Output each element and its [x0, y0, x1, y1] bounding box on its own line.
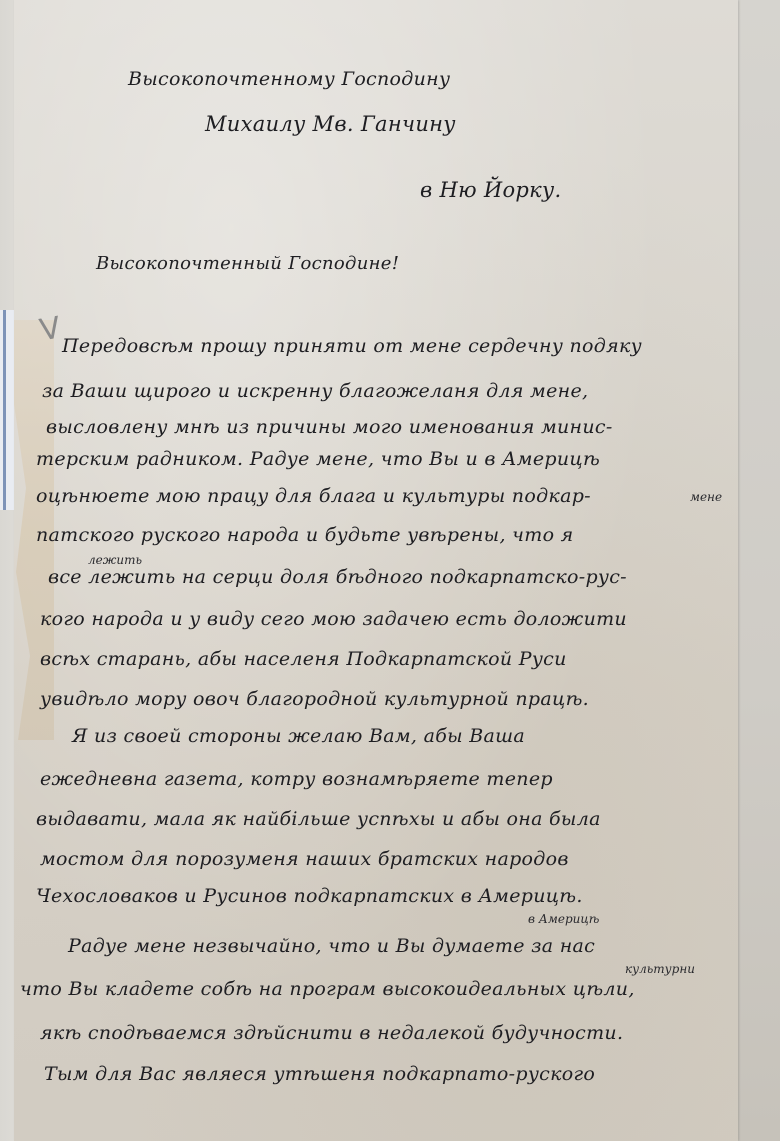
- insertion-kulturni: культурни: [625, 962, 695, 976]
- address-line-2: Михаилу Мв. Ганчину: [205, 112, 456, 136]
- body-line-12: ежедневна газета, котру вознамѣряете теп…: [40, 768, 553, 790]
- body-line-5: оцѣнюете мою працу для блага и культуры …: [36, 485, 591, 507]
- body-line-18: якѣ сподѣваемся здѣйснити в недалекой бу…: [40, 1022, 623, 1044]
- body-line-9: всѣх старань, абы населеня Подкарпатской…: [40, 648, 567, 670]
- body-line-6: патского руского народа и будьте увѣрены…: [36, 524, 574, 546]
- body-line-16: Радуе мене незвычайно, что и Вы думаете …: [68, 935, 595, 957]
- body-line-14: мостом для порозуменя наших братских нар…: [40, 848, 569, 870]
- body-line-4: терским радником. Радуе мене, что Вы и в…: [36, 448, 600, 470]
- insertion-lezhyt: лежить: [88, 553, 142, 567]
- address-line-3: в Ню Йорку.: [420, 178, 561, 202]
- insertion-mene: мене: [690, 490, 722, 504]
- body-line-19: Тым для Вас являеся утѣшеня подкарпато-р…: [44, 1063, 595, 1085]
- insertion-v-amerytsi: в Америцѣ: [528, 912, 599, 926]
- body-line-7: все лежить на серци доля бѣдного подкарп…: [48, 566, 627, 588]
- body-line-15: Чехословаков и Русинов подкарпатских в А…: [36, 885, 583, 907]
- body-line-1: Передовсѣм прошу приняти от мене сердечн…: [62, 335, 642, 357]
- address-line-1: Высокопочтенному Господину: [128, 68, 450, 90]
- body-line-11: Я из своей стороны желаю Вам, абы Ваша: [72, 725, 525, 747]
- underlying-page-edge: [737, 0, 780, 1141]
- body-line-17: что Вы кладете собѣ на програм высокоиде…: [20, 978, 635, 1000]
- body-line-8: кого народа и у виду сего мою задачею ес…: [40, 608, 627, 630]
- body-line-13: выдавати, мала як найбільше успѣхы и абы…: [36, 808, 601, 830]
- body-line-3: высловлену мнѣ из причины мого именовани…: [46, 416, 613, 438]
- label-card-edge: [3, 310, 6, 510]
- body-line-10: увидѣло мору овоч благородной культурной…: [40, 688, 589, 710]
- salutation: Высокопочтенный Господине!: [96, 253, 399, 274]
- body-line-2: за Ваши щирого и искренну благожеланя дл…: [42, 380, 588, 402]
